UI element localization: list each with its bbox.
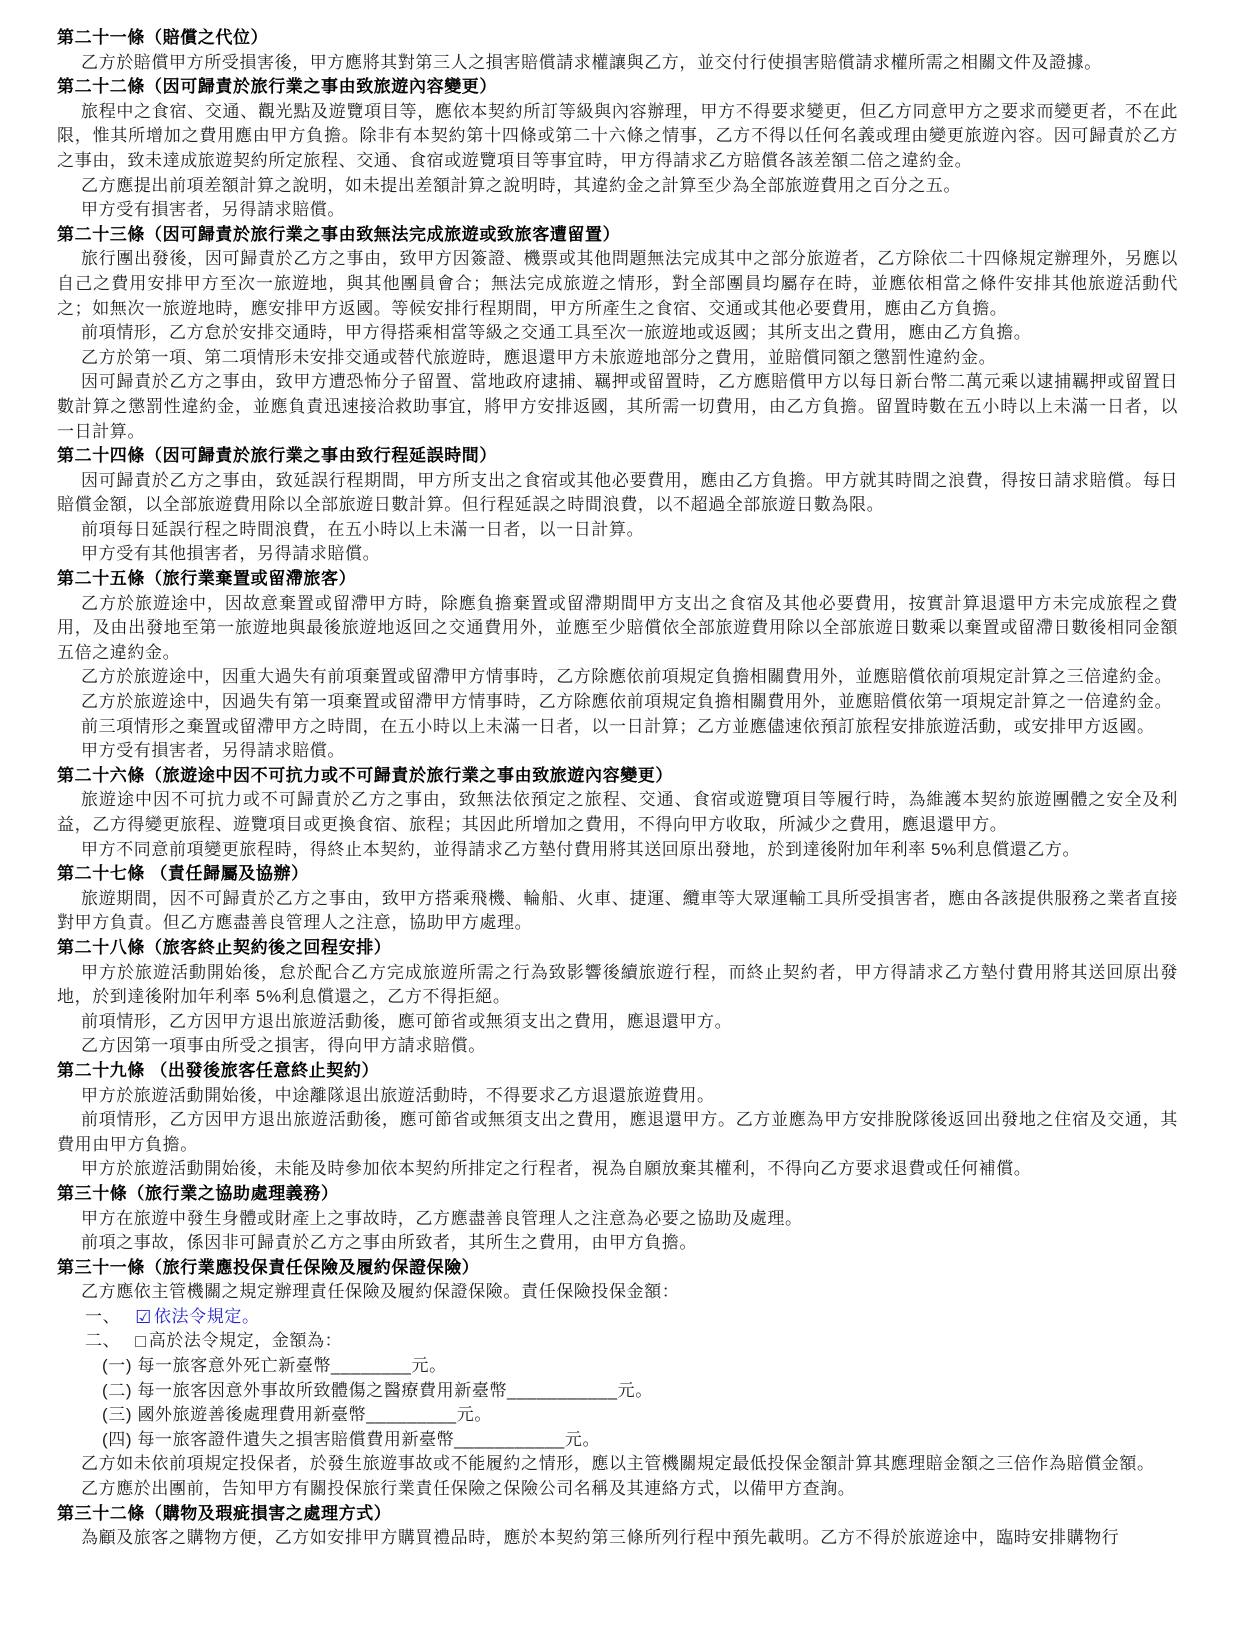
article-heading: 第二十二條（因可歸責於旅行業之事由致旅遊內容變更） [57,75,1178,100]
article-paragraph: 甲方於旅遊活動開始後，未能及時參加依本契約所排定之行程者，視為自願放棄其權利，不… [57,1157,1178,1182]
option-label: 高於法令規定，金額為： [149,1331,343,1350]
insurance-sub-item: (四) 每一旅客證件遺失之損害賠償費用新臺幣___________元。 [57,1428,1178,1453]
article-paragraph: 前項情形，乙方怠於安排交通時，甲方得搭乘相當等級之交通工具至次一旅遊地或返國；其… [57,321,1178,346]
article-heading: 第三十一條（旅行業應投保責任保險及履約保證保險） [57,1256,1178,1281]
article-paragraph: 前項之事故，係因非可歸責於乙方之事由所致者，其所生之費用，由甲方負擔。 [57,1231,1178,1256]
article-paragraph: 旅遊期間，因不可歸責於乙方之事由，致甲方搭乘飛機、輪船、火車、捷運、纜車等大眾運… [57,887,1178,936]
article-paragraph: 前項情形，乙方因甲方退出旅遊活動後，應可節省或無須支出之費用，應退還甲方。 [57,1010,1178,1035]
article-paragraph: 甲方受有損害者，另得請求賠償。 [57,739,1178,764]
option-label: 依法令規定。 [154,1307,260,1326]
article-paragraph: 因可歸責於乙方之事由，致延誤行程期間，甲方所支出之食宿或其他必要費用，應由乙方負… [57,469,1178,518]
article-heading: 第二十五條（旅行業棄置或留滯旅客） [57,567,1178,592]
article-paragraph: 乙方應依主管機關之規定辦理責任保險及履約保證保險。責任保險投保金額： [57,1280,1178,1305]
checked-checkbox-icon[interactable]: ☑ [135,1308,152,1326]
article-heading: 第二十七條 （責任歸屬及協辦） [57,862,1178,887]
article-paragraph: 甲方於旅遊活動開始後，怠於配合乙方完成旅遊所需之行為致影響後續旅遊行程，而終止契… [57,961,1178,1010]
article-paragraph: 甲方在旅遊中發生身體或財產上之事故時，乙方應盡善良管理人之注意為必要之協助及處理… [57,1207,1178,1232]
unchecked-checkbox-icon[interactable]: □ [135,1332,146,1350]
article-heading: 第二十三條（因可歸責於旅行業之事由致無法完成旅遊或致旅客遭留置） [57,223,1178,248]
insurance-option-legal-minimum: 一、☑依法令規定。 [57,1305,1178,1330]
article-paragraph: 為顧及旅客之購物方便，乙方如安排甲方購買禮品時，應於本契約第三條所列行程中預先載… [57,1526,1178,1551]
article-paragraph: 甲方於旅遊活動開始後，中途離隊退出旅遊活動時，不得要求乙方退還旅遊費用。 [57,1084,1178,1109]
article-heading: 第三十二條（購物及瑕疵損害之處理方式） [57,1502,1178,1527]
article-paragraph: 旅遊途中因不可抗力或不可歸責於乙方之事由，致無法依預定之旅程、交通、食宿或遊覽項… [57,788,1178,837]
article-paragraph: 旅行團出發後，因可歸責於乙方之事由，致甲方因簽證、機票或其他問題無法完成其中之部… [57,247,1178,321]
article-paragraph: 甲方不同意前項變更旅程時，得終止本契約，並得請求乙方墊付費用將其送回原出發地，於… [57,838,1178,863]
article-paragraph: 旅程中之食宿、交通、觀光點及遊覽項目等，應依本契約所訂等級與內容辦理，甲方不得要… [57,100,1178,174]
article-paragraph: 乙方應於出團前，告知甲方有關投保旅行業責任保險之保險公司名稱及其連絡方式，以備甲… [57,1477,1178,1502]
article-heading: 第二十八條（旅客終止契約後之回程安排） [57,936,1178,961]
article-paragraph: 乙方於旅遊途中，因故意棄置或留滯甲方時，除應負擔棄置或留滯期間甲方支出之食宿及其… [57,592,1178,666]
article-heading: 第二十四條（因可歸責於旅行業之事由致行程延誤時間） [57,444,1178,469]
insurance-sub-item: (三) 國外旅遊善後處理費用新臺幣_________元。 [57,1403,1178,1428]
article-paragraph: 乙方於賠償甲方所受損害後，甲方應將其對第三人之損害賠償請求權讓與乙方，並交付行使… [57,51,1178,76]
article-paragraph: 乙方於第一項、第二項情形未安排交通或替代旅遊時，應退還甲方未旅遊地部分之費用，並… [57,346,1178,371]
article-paragraph: 乙方應提出前項差額計算之說明，如未提出差額計算之說明時，其違約金之計算至少為全部… [57,174,1178,199]
article-heading: 第三十條（旅行業之協助處理義務） [57,1182,1178,1207]
article-heading: 第二十一條（賠償之代位） [57,26,1178,51]
article-paragraph: 甲方受有其他損害者，另得請求賠償。 [57,542,1178,567]
insurance-sub-item: (二) 每一旅客因意外事故所致體傷之醫療費用新臺幣___________元。 [57,1379,1178,1404]
insurance-sub-item: (一) 每一旅客意外死亡新臺幣________元。 [57,1354,1178,1379]
article-paragraph: 前三項情形之棄置或留滯甲方之時間，在五小時以上未滿一日者，以一日計算；乙方並應儘… [57,715,1178,740]
option-index: 一、 [85,1307,120,1326]
insurance-option-above-legal: 二、□高於法令規定，金額為： [57,1329,1178,1354]
article-heading: 第二十六條（旅遊途中因不可抗力或不可歸責於旅行業之事由致旅遊內容變更） [57,764,1178,789]
option-index: 二、 [85,1331,120,1350]
article-heading: 第二十九條 （出發後旅客任意終止契約） [57,1059,1178,1084]
article-paragraph: 前項每日延誤行程之時間浪費，在五小時以上未滿一日者，以一日計算。 [57,518,1178,543]
contract-document: 第二十一條（賠償之代位） 乙方於賠償甲方所受損害後，甲方應將其對第三人之損害賠償… [0,0,1240,1591]
article-paragraph: 乙方如未依前項規定投保者，於發生旅遊事故或不能履約之情形，應以主管機關規定最低投… [57,1452,1178,1477]
article-paragraph: 乙方因第一項事由所受之損害，得向甲方請求賠償。 [57,1034,1178,1059]
article-paragraph: 前項情形，乙方因甲方退出旅遊活動後，應可節省或無須支出之費用，應退還甲方。乙方並… [57,1108,1178,1157]
article-paragraph: 乙方於旅遊途中，因過失有第一項棄置或留滯甲方情事時，乙方除應依前項規定負擔相關費… [57,690,1178,715]
article-paragraph: 因可歸責於乙方之事由，致甲方遭恐怖分子留置、當地政府逮捕、羈押或留置時，乙方應賠… [57,370,1178,444]
article-paragraph: 甲方受有損害者，另得請求賠償。 [57,198,1178,223]
article-paragraph: 乙方於旅遊途中，因重大過失有前項棄置或留滯甲方情事時，乙方除應依前項規定負擔相關… [57,665,1178,690]
